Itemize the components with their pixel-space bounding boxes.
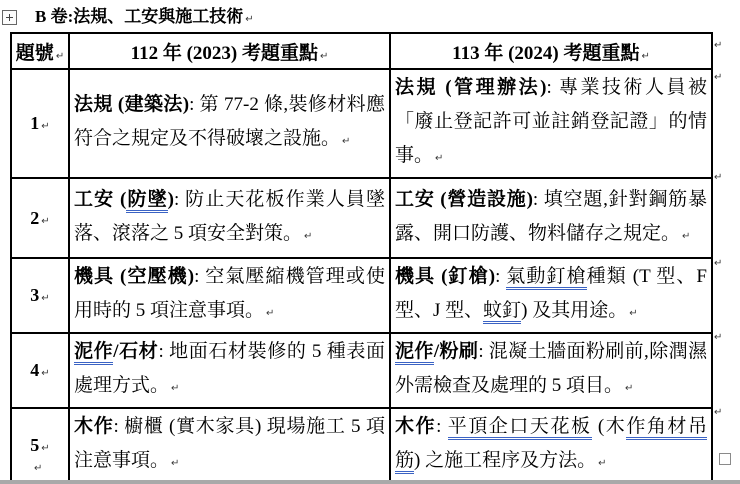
text-segment: 泥作 xyxy=(395,341,434,365)
end-of-cell-mark-icon: ↵ xyxy=(625,383,633,394)
document-page: B 卷:法規、工安與施工技術↵ 題號↵ 112 年 (2023) 考題重點↵ 1… xyxy=(0,0,740,484)
table-move-handle-icon[interactable] xyxy=(2,10,17,25)
header-text: 113 年 (2024) 考題重點 xyxy=(452,43,639,64)
text-segment: /石材 xyxy=(113,341,158,362)
end-of-cell-mark-icon: ↵ xyxy=(41,216,49,227)
text-segment: 工安 ( xyxy=(74,189,126,210)
question-number: 3 xyxy=(30,285,39,305)
end-of-cell-mark-icon: ↵ xyxy=(342,136,350,147)
header-row: 題號↵ 112 年 (2023) 考題重點↵ 113 年 (2024) 考題重點… xyxy=(11,33,712,69)
end-of-row-mark-icon: ↵ xyxy=(714,172,722,183)
table-row: 5↵木作: 櫥櫃 (實木家具) 現場施工 5 項注意事項。↵木作: 平頂企口天花… xyxy=(11,408,712,483)
header-text: 112 年 (2023) 考題重點 xyxy=(131,43,318,64)
end-of-cell-mark-icon: ↵ xyxy=(641,51,649,62)
topic-cell-2023[interactable]: 法規 (建築法): 第 77-2 條,裝修材料應符合之規定及不得破壞之設施。↵ xyxy=(69,69,390,178)
topic-cell-2023[interactable]: 泥作/石材: 地面石材裝修的 5 種表面處理方式。↵ xyxy=(69,333,390,408)
end-of-row-mark-icon: ↵ xyxy=(714,407,722,418)
table-row: 4↵泥作/石材: 地面石材裝修的 5 種表面處理方式。↵泥作/粉刷: 混凝土牆面… xyxy=(11,333,712,408)
end-of-cell-mark-icon: ↵ xyxy=(171,458,179,469)
end-of-cell-mark-icon: ↵ xyxy=(56,51,64,62)
text-segment: 蚊釘 xyxy=(483,300,521,324)
text-segment: 木作 xyxy=(395,416,436,437)
topic-cell-2024[interactable]: 法規 (管理辦法): 專業技術人員被「廢止登記許可並註銷登記證」的情事。↵ xyxy=(390,69,712,178)
topic-cell-2023[interactable]: 木作: 櫥櫃 (實木家具) 現場施工 5 項注意事項。↵ xyxy=(69,408,390,483)
table-row: 1↵法規 (建築法): 第 77-2 條,裝修材料應符合之規定及不得破壞之設施。… xyxy=(11,69,712,178)
text-segment: ) 之施工程序及方法。 xyxy=(414,450,596,471)
end-of-row-mark-icon: ↵ xyxy=(714,332,722,343)
text-segment: 工安 (營造設施) xyxy=(395,189,533,210)
text-segment: ) 及其用途。 xyxy=(521,300,627,321)
end-of-cell-mark-icon: ↵ xyxy=(629,308,637,319)
table-row: 2↵工安 (防墜): 防止天花板作業人員墜落、滾落之 5 項安全對策。↵工安 (… xyxy=(11,178,712,258)
end-of-cell-mark-icon: ↵ xyxy=(41,443,49,454)
topic-cell-2024[interactable]: 木作: 平頂企口天花板 (木作角材吊筋) 之施工程序及方法。↵ xyxy=(390,408,712,483)
window-bottom-edge xyxy=(0,480,740,484)
topic-cell-2024[interactable]: 機具 (釘槍): 氣動釘槍種類 (T 型、F 型、J 型、蚊釘) 及其用途。↵ xyxy=(390,258,712,333)
end-of-cell-mark-icon: ↵ xyxy=(435,153,443,164)
text-segment: 法規 (管理辦法) xyxy=(395,77,546,98)
end-of-cell-mark-icon: ↵ xyxy=(41,293,49,304)
table-resize-handle-icon[interactable] xyxy=(719,453,731,465)
question-number-cell[interactable]: 1↵ xyxy=(11,69,69,178)
header-question-number[interactable]: 題號↵ xyxy=(11,33,69,69)
end-of-row-mark-icon: ↵ xyxy=(714,72,722,83)
question-number-cell[interactable]: 2↵ xyxy=(11,178,69,258)
text-segment: : xyxy=(436,416,448,437)
table-row: 3↵機具 (空壓機): 空氣壓縮機管理或使用時的 5 項注意事項。↵機具 (釘槍… xyxy=(11,258,712,333)
header-text: 題號 xyxy=(16,43,54,64)
text-segment: 氣動釘槍 xyxy=(506,266,586,290)
topic-cell-2023[interactable]: 工安 (防墜): 防止天花板作業人員墜落、滾落之 5 項安全對策。↵ xyxy=(69,178,390,258)
page-title: B 卷:法規、工安與施工技術↵ xyxy=(35,2,254,27)
question-number-cell[interactable]: 3↵ xyxy=(11,258,69,333)
end-of-cell-mark-icon: ↵ xyxy=(598,458,606,469)
question-number-cell[interactable]: 4↵ xyxy=(11,333,69,408)
text-segment: 機具 (空壓機) xyxy=(74,266,194,287)
page-title-text: B 卷:法規、工安與施工技術 xyxy=(35,7,243,26)
topic-cell-2023[interactable]: 機具 (空壓機): 空氣壓縮機管理或使用時的 5 項注意事項。↵ xyxy=(69,258,390,333)
end-of-cell-mark-icon: ↵ xyxy=(41,368,49,379)
text-segment: 泥作 xyxy=(74,341,113,365)
paragraph-mark-icon: ↵ xyxy=(34,463,42,474)
table-body: 1↵法規 (建築法): 第 77-2 條,裝修材料應符合之規定及不得破壞之設施。… xyxy=(11,69,712,483)
end-of-row-mark-icon: ↵ xyxy=(714,40,722,51)
end-of-cell-mark-icon: ↵ xyxy=(171,383,179,394)
end-of-cell-mark-icon: ↵ xyxy=(41,121,49,132)
question-number: 1 xyxy=(30,113,39,133)
end-of-row-mark-icon: ↵ xyxy=(714,258,722,269)
question-number: 4 xyxy=(30,360,39,380)
end-of-cell-mark-icon: ↵ xyxy=(320,51,328,62)
header-2023-topics[interactable]: 112 年 (2023) 考題重點↵ xyxy=(69,33,390,69)
text-segment: 法規 (建築法) xyxy=(74,94,189,115)
end-of-cell-mark-icon: ↵ xyxy=(682,231,690,242)
text-segment: 木作 xyxy=(74,416,113,437)
question-number: 5 xyxy=(30,435,39,455)
topic-cell-2024[interactable]: 泥作/粉刷: 混凝土牆面粉刷前,除潤濕外需檢查及處理的 5 項目。↵ xyxy=(390,333,712,408)
exam-topics-table: 題號↵ 112 年 (2023) 考題重點↵ 113 年 (2024) 考題重點… xyxy=(10,32,713,484)
text-segment: 機具 (釘槍) xyxy=(395,266,495,287)
paragraph-mark-icon: ↵ xyxy=(245,14,253,25)
text-segment: : 櫥櫃 (實木家具) 現場施工 5 項注意事項。 xyxy=(74,416,385,471)
question-number: 2 xyxy=(30,208,39,228)
header-2024-topics[interactable]: 113 年 (2024) 考題重點↵ xyxy=(390,33,712,69)
text-segment: /粉刷 xyxy=(434,341,479,362)
text-segment: 平頂企口天花板 xyxy=(448,416,592,440)
end-of-cell-mark-icon: ↵ xyxy=(266,308,274,319)
text-segment: 防墜 xyxy=(126,189,167,213)
topic-cell-2024[interactable]: 工安 (營造設施): 填空題,針對鋼筋暴露、開口防護、物料儲存之規定。↵ xyxy=(390,178,712,258)
text-segment: (木 xyxy=(592,416,627,437)
end-of-cell-mark-icon: ↵ xyxy=(304,231,312,242)
text-segment: : xyxy=(495,266,506,287)
